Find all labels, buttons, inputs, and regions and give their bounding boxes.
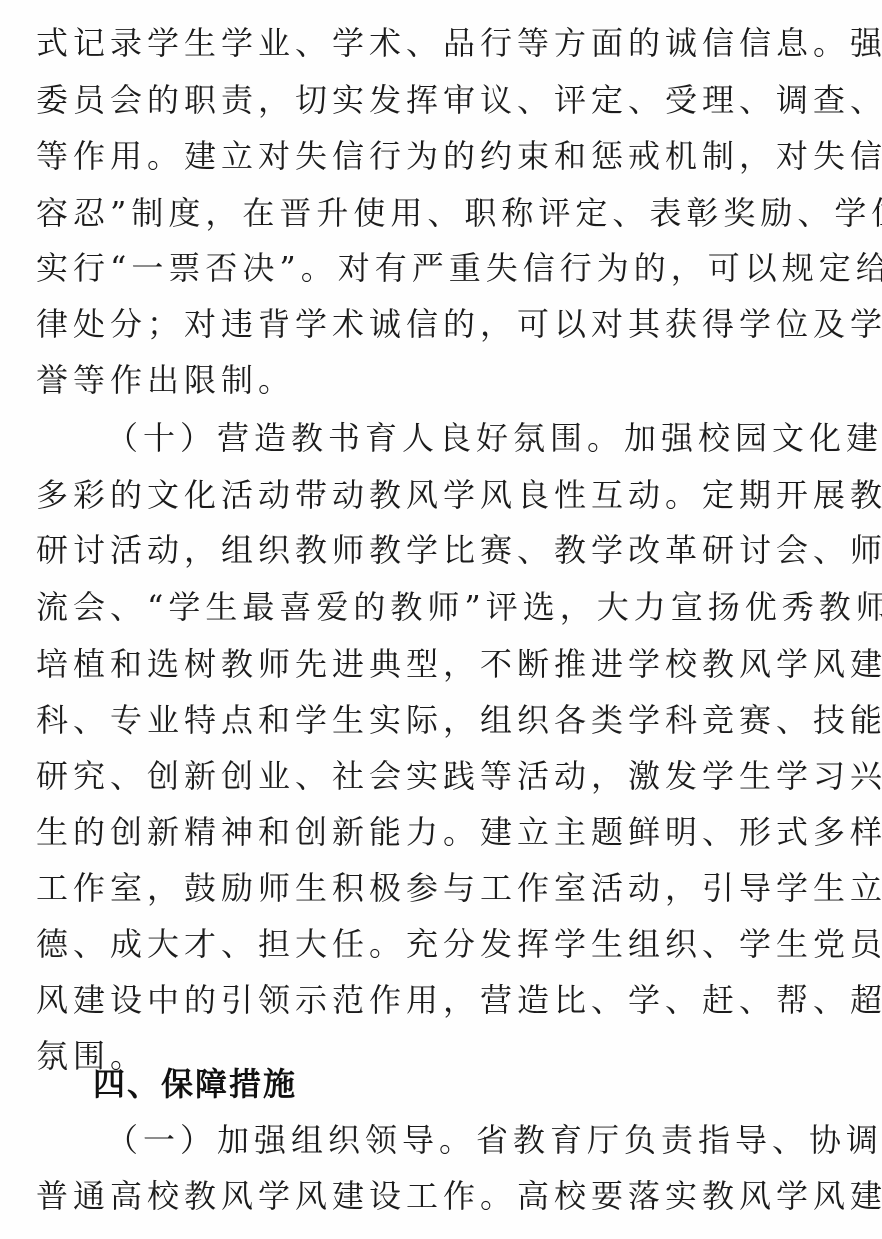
text-line: 科、专业特点和学生实际，组织各类学科竞赛、技能竞赛、科学 [36,700,856,740]
text-line: 研究、创新创业、社会实践等活动，激发学生学习兴趣，培养学 [36,756,856,796]
text-line: 实行“一票否决”。对有严重失信行为的，可以规定给予相应的纪 [36,248,856,288]
text-line: 培植和选树教师先进典型，不断推进学校教风学风建设。结合学 [36,644,856,684]
paragraph-first-line: （十）营造教书育人良好氛围。加强校园文化建设，用丰富 [106,418,856,458]
text-line: 德、成大才、担大任。充分发挥学生组织、学生党员和骨干在学 [36,924,856,964]
text-line: 生的创新精神和创新能力。建立主题鲜明、形式多样的学风涵养 [36,812,856,852]
text-line: 誉等作出限制。 [36,360,856,400]
document-page: 式记录学生学业、学术、品行等方面的诚信信息。强化学校学术 委员会的职责，切实发挥… [0,0,882,1239]
paragraph-first-line: （一）加强组织领导。省教育厅负责指导、协调、督促全省 [106,1120,856,1160]
text-line: 委员会的职责，切实发挥审议、评定、受理、调查、监督、咨询 [36,80,856,120]
section-heading: 四、保障措施 [93,1062,297,1106]
text-line: 式记录学生学业、学术、品行等方面的诚信信息。强化学校学术 [36,23,856,63]
text-line: 工作室，鼓励师生积极参与工作室活动，引导学生立大志、明大 [36,868,856,908]
text-line: 律处分；对违背学术诚信的，可以对其获得学位及学术称号、荣 [36,304,856,344]
text-line: 普通高校教风学风建设工作。高校要落实教风学风建设主体责任， [36,1176,856,1216]
text-line: 流会、“学生最喜爱的教师”评选，大力宣扬优秀教师先进事迹， [36,587,856,627]
text-line: 容忍”制度，在晋升使用、职称评定、表彰奖励、学位授予等方面 [36,193,856,233]
text-line: 多彩的文化活动带动教风学风良性互动。定期开展教风学风主题 [36,475,856,515]
text-line: 等作用。建立对失信行为的约束和惩戒机制，对失信人员实行“零 [36,136,856,176]
text-line: 风建设中的引领示范作用，营造比、学、赶、帮、超的良好学习 [36,980,856,1020]
text-line: 研讨活动，组织教师教学比赛、教学改革研讨会、师生心连心交 [36,530,856,570]
